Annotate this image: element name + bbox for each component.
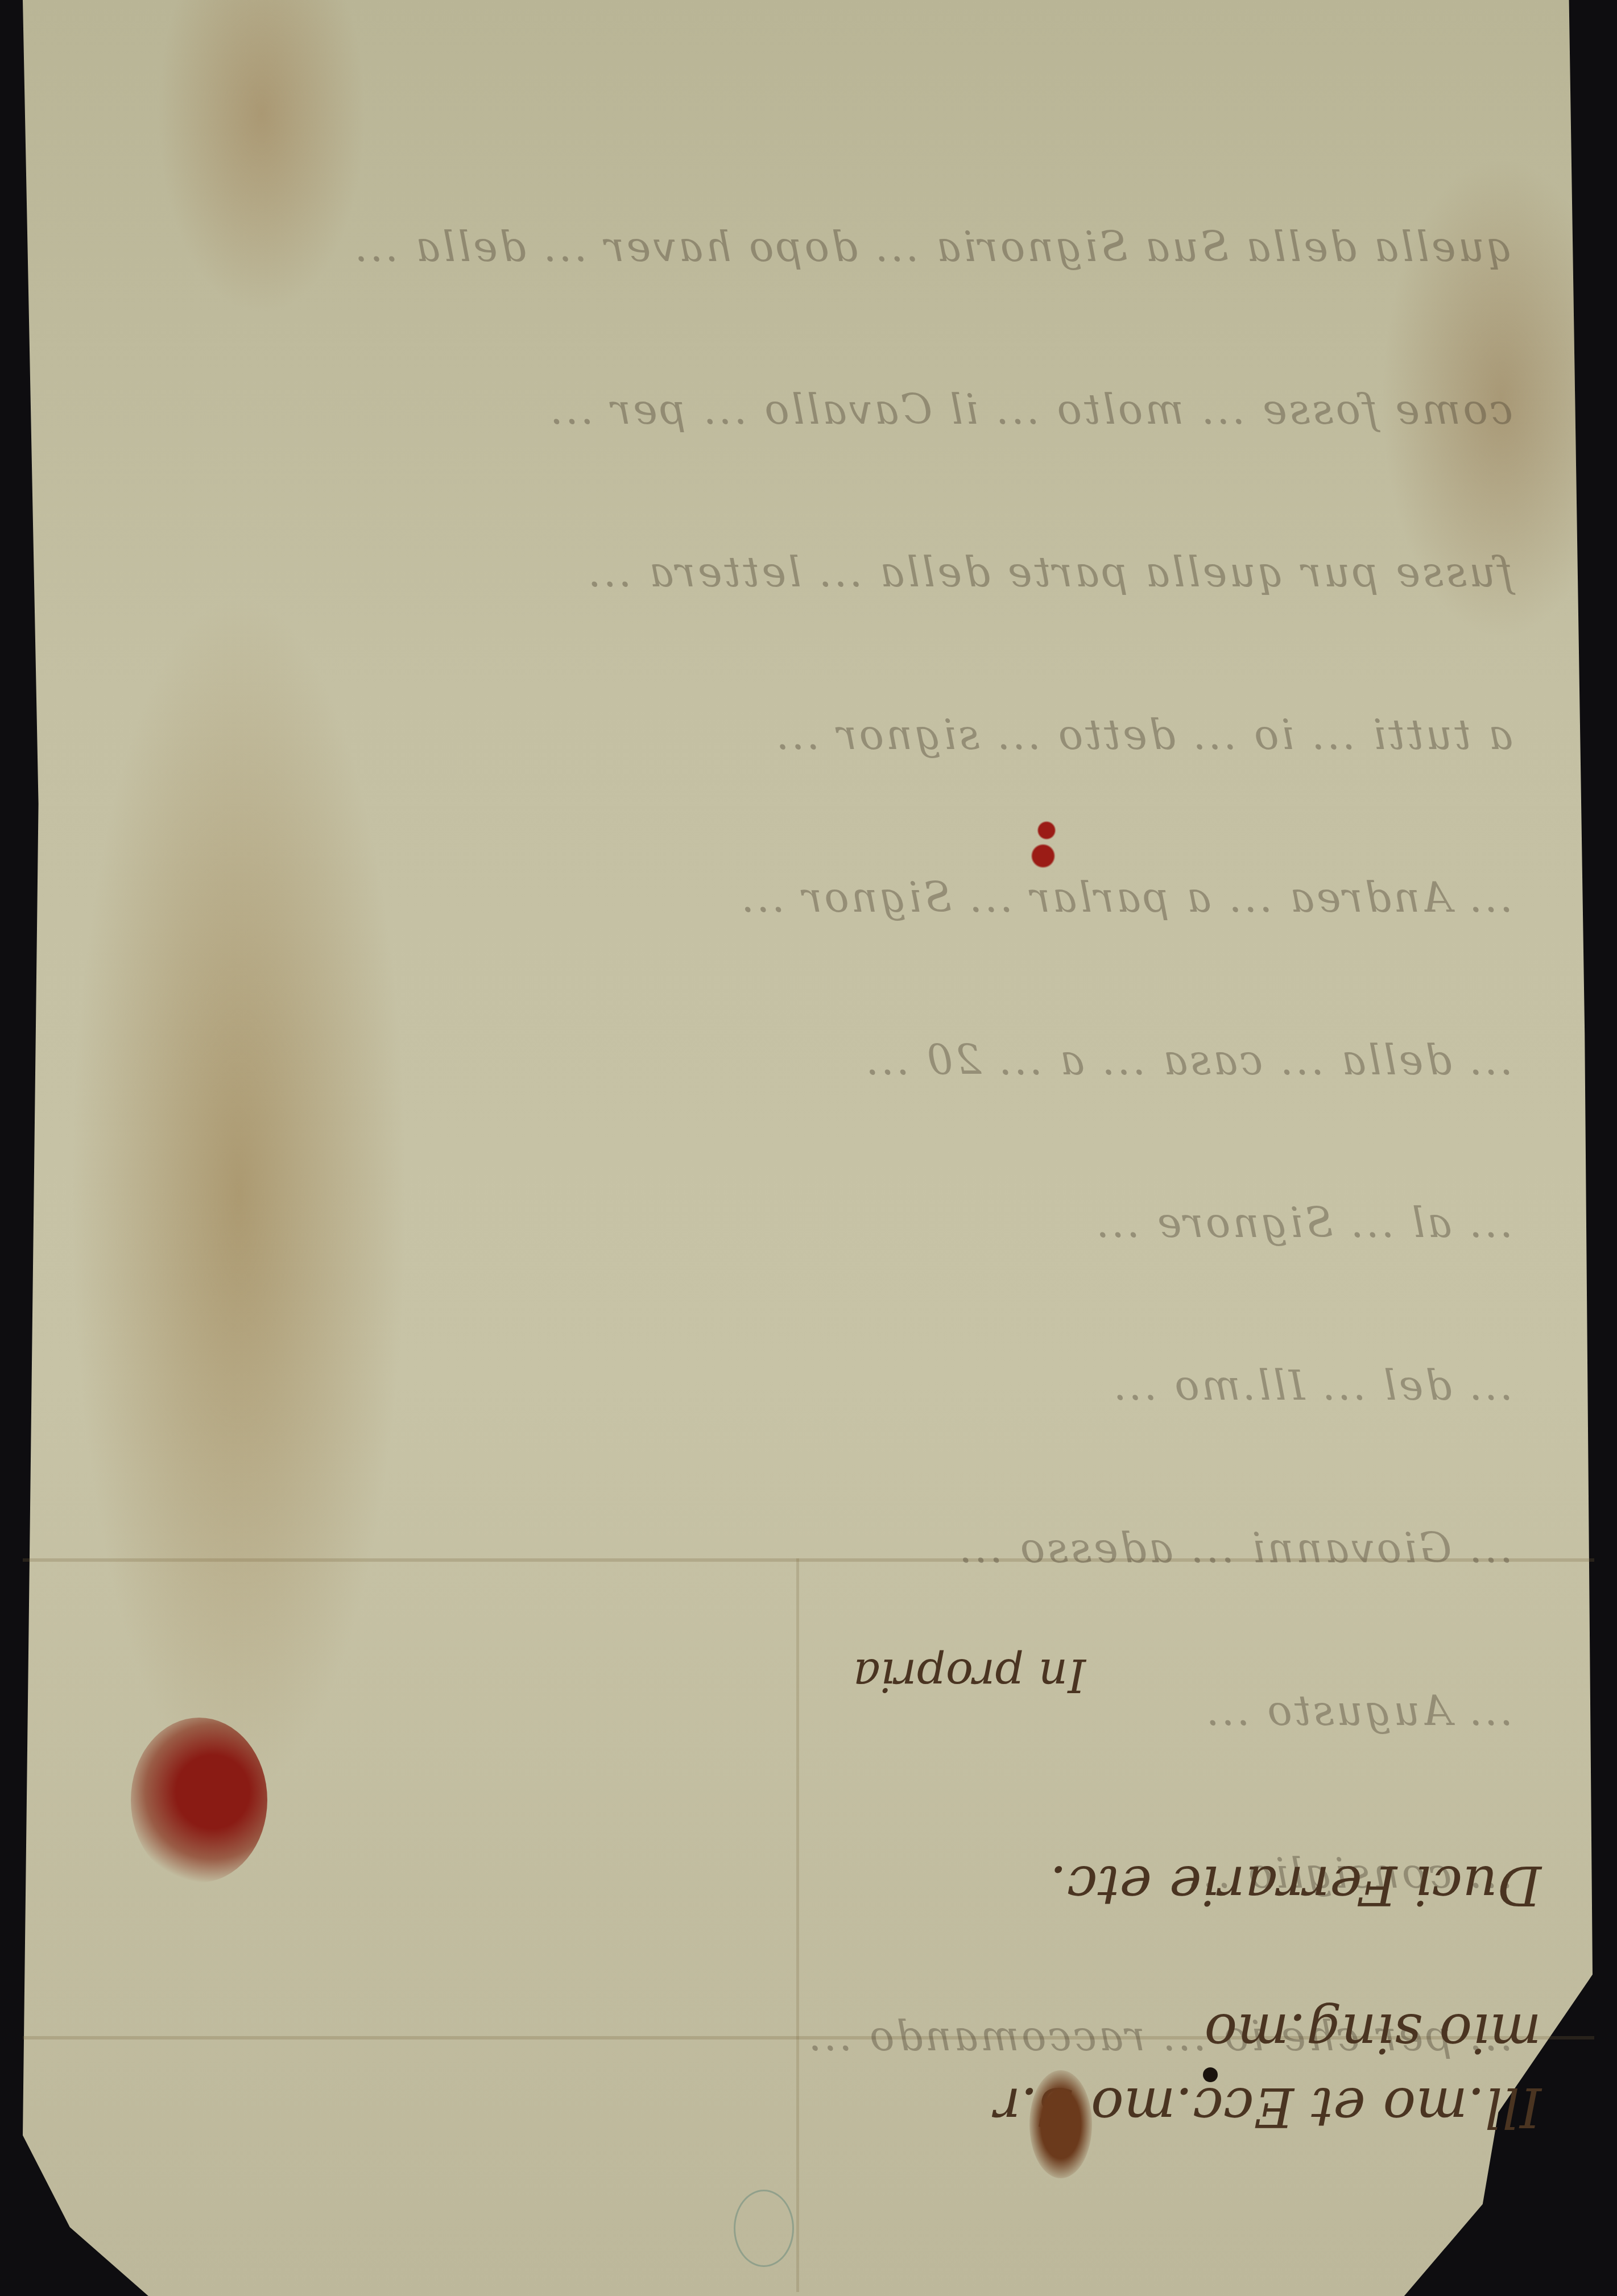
wax-stain-icon — [1029, 2070, 1092, 2178]
ghost-line: ... Giovanni ... adesso ... — [91, 1508, 1513, 1589]
ghost-line: ... al ... Signore ... — [91, 1182, 1513, 1264]
library-stamp-icon — [734, 2190, 794, 2267]
ghost-line: come fosse ... molto ... il Cavallo ... … — [91, 369, 1513, 450]
wax-seal-icon — [131, 1718, 267, 1883]
ghost-line: fusse pur quella parte della ... lettera… — [91, 532, 1513, 613]
ghost-line: ... del ... Ill.mo ... — [91, 1345, 1513, 1426]
ink-dot — [1203, 2067, 1218, 2082]
docket-note: In propria — [853, 1638, 1086, 1712]
ghost-line: a tutti ... io ... detto ... signor ... — [91, 694, 1513, 776]
ghost-line: quella della Sua Signoria ... dopo haver… — [91, 206, 1513, 288]
ghost-line: ... Andrea ... a parlar ... Signor ... — [91, 857, 1513, 938]
ghost-line: ... della ... casa ... a ... 20 ... — [91, 1020, 1513, 1101]
red-wax-drops-icon — [1029, 813, 1064, 870]
ghost-line: ... Augusto ... — [91, 1670, 1513, 1752]
address-panel: Ill.mo et Ecc.mo S.r mio sing.mo Duci Fe… — [887, 1774, 1541, 2218]
address-line-2: Duci Ferrarie etc. — [887, 1848, 1541, 1922]
